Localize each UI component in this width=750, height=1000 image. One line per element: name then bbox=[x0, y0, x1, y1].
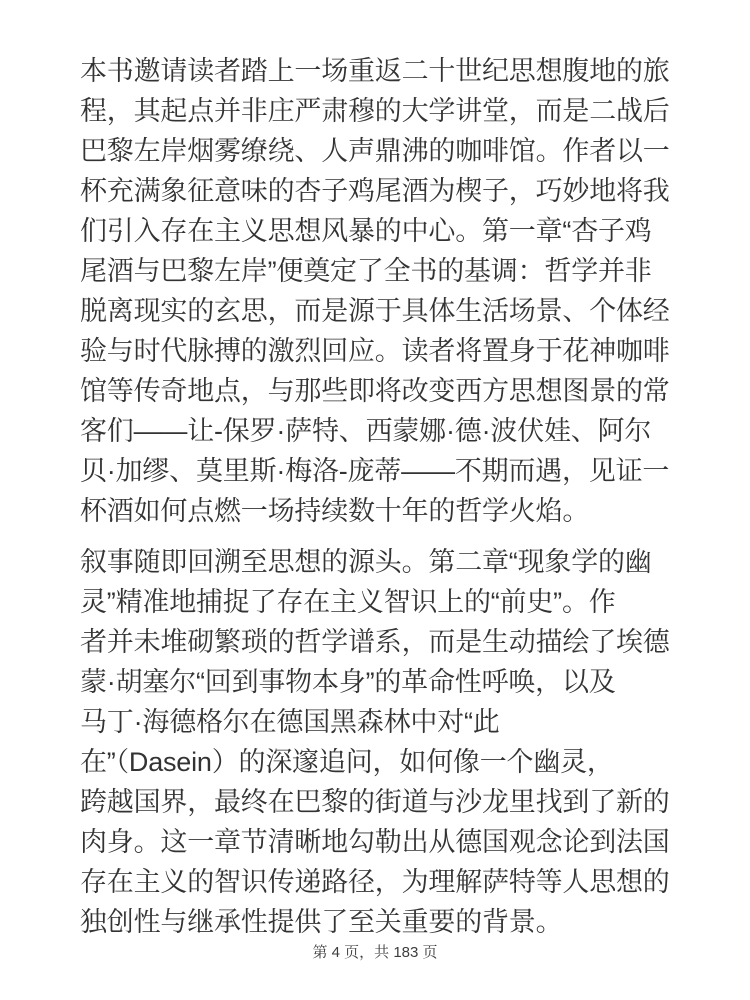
document-page: 本书邀请读者踏上一场重返二十世纪思想腹地的旅 程，其起点并非庄严肃穆的大学讲堂，… bbox=[0, 0, 750, 1000]
text-line: 独创性与继承性提供了至关重要的背景。 bbox=[80, 902, 670, 942]
text-line: 本书邀请读者踏上一场重返二十世纪思想腹地的旅 bbox=[80, 51, 670, 91]
text-line: 叙事随即回溯至思想的源头。第二章“现象学的幽 bbox=[80, 542, 670, 582]
text-line: 蒙·胡塞尔“回到事物本身”的革命性呼唤，以及 bbox=[80, 662, 670, 702]
text-line: 灵”精准地捕捉了存在主义智识上的“前史”。作 bbox=[80, 582, 670, 622]
text-line: 者并未堆砌繁琐的哲学谱系，而是生动描绘了埃德 bbox=[80, 622, 670, 662]
text-line: 贝·加缪、莫里斯·梅洛-庞蒂——不期而遇，见证一 bbox=[80, 451, 670, 491]
text-line: 杯充满象征意味的杏子鸡尾酒为楔子，巧妙地将我 bbox=[80, 171, 670, 211]
paragraph-2: 叙事随即回溯至思想的源头。第二章“现象学的幽 灵”精准地捕捉了存在主义智识上的“… bbox=[80, 542, 670, 942]
text-line: 马丁·海德格尔在德国黑森林中对“此 bbox=[80, 702, 670, 742]
page-indicator: 第 4 页，共 183 页 bbox=[0, 942, 750, 964]
text-line: 馆等传奇地点，与那些即将改变西方思想图景的常 bbox=[80, 371, 670, 411]
paragraph-1: 本书邀请读者踏上一场重返二十世纪思想腹地的旅 程，其起点并非庄严肃穆的大学讲堂，… bbox=[80, 51, 670, 531]
text-line: 肉身。这一章节清晰地勾勒出从德国观念论到法国 bbox=[80, 822, 670, 862]
text-line: 脱离现实的玄思，而是源于具体生活场景、个体经 bbox=[80, 291, 670, 331]
text-line: 存在主义的智识传递路径，为理解萨特等人思想的 bbox=[80, 862, 670, 902]
text-line: 程，其起点并非庄严肃穆的大学讲堂，而是二战后 bbox=[80, 91, 670, 131]
text-line: 验与时代脉搏的激烈回应。读者将置身于花神咖啡 bbox=[80, 331, 670, 371]
document-content: 本书邀请读者踏上一场重返二十世纪思想腹地的旅 程，其起点并非庄严肃穆的大学讲堂，… bbox=[0, 0, 750, 942]
text-line: 跨越国界，最终在巴黎的街道与沙龙里找到了新的 bbox=[80, 782, 670, 822]
text-line: 客们——让-保罗·萨特、西蒙娜·德·波伏娃、阿尔 bbox=[80, 411, 670, 451]
text-line: 尾酒与巴黎左岸”便奠定了全书的基调：哲学并非 bbox=[80, 251, 670, 291]
text-line: 巴黎左岸烟雾缭绕、人声鼎沸的咖啡馆。作者以一 bbox=[80, 131, 670, 171]
text-line: 在”（Dasein）的深邃追问，如何像一个幽灵， bbox=[80, 742, 670, 782]
text-line: 们引入存在主义思想风暴的中心。第一章“杏子鸡 bbox=[80, 211, 670, 251]
text-line: 杯酒如何点燃一场持续数十年的哲学火焰。 bbox=[80, 491, 670, 531]
